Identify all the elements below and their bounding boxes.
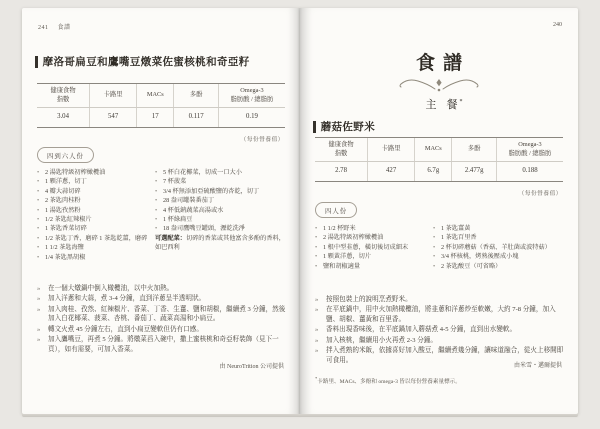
list-item-text: 香料出現香味後，在平底鍋加入蘑菇煮 4-5 分鐘，直到出水變軟。 bbox=[326, 326, 516, 333]
instruction-step: »在一個大燉鍋中倒入橄欖油，以中火加熱。 bbox=[37, 284, 287, 294]
list-item-text: 1 1/2 茶匙海鹽 bbox=[45, 244, 84, 251]
ingredient-item: •1 顆黃洋蔥，切片 bbox=[315, 252, 433, 261]
nutrition-caption-right: （每份營養值） bbox=[519, 189, 562, 197]
optional-garnish-note: 可選配菜：切碎的香菜或其他富含多酚的香料，如巴西利 bbox=[155, 234, 287, 253]
list-item-text: 1 顆黃洋蔥，切片 bbox=[323, 253, 371, 260]
col-header-polyphenols: 多酚 bbox=[451, 138, 496, 161]
ingredients-right: •1 1/2 杯野米•2 湯匙特級初榨橄欖油•1 根中型韭蔥，橫切後切成細末•1… bbox=[315, 224, 565, 271]
col-header-macs: MACs bbox=[414, 138, 451, 161]
recipe-credit-left: 由 NeuroTrition 公司提供 bbox=[220, 361, 284, 370]
list-marker-icon: • bbox=[155, 215, 157, 224]
title-bar-icon bbox=[313, 121, 316, 133]
nutrition-header-row: 健康食物指數 卡路里 MACs 多酚 Omega-3脂肪酸 / 總脂肪 bbox=[315, 138, 563, 162]
section-title: 食譜 bbox=[300, 48, 578, 75]
ingredient-item: •1 茶匙薑黃 bbox=[433, 224, 565, 233]
list-marker-icon: » bbox=[315, 295, 317, 305]
list-marker-icon: • bbox=[37, 196, 39, 205]
optional-garnish-label: 可選配菜： bbox=[155, 235, 186, 242]
list-item-text: 1 根中型韭蔥，橫切後切成細末 bbox=[323, 244, 408, 251]
ingredient-item: •3/4 杯無添加亞硫酸鹽的杏乾，切丁 bbox=[155, 187, 287, 196]
list-item-text: 18 盎司鷹嘴豆罐頭，瀝乾洗淨 bbox=[163, 225, 245, 232]
running-chapter: 食譜 bbox=[58, 25, 71, 31]
list-item-text: 1/4 茶匙黑胡椒 bbox=[45, 254, 85, 261]
instruction-step: »加入核桃，繼續用小火再煮 2-3 分鐘。 bbox=[315, 336, 565, 346]
ingredient-item: •2 茶匙酸豆（可省略） bbox=[433, 262, 565, 271]
page-number-left: 241 bbox=[38, 25, 49, 31]
ingredient-item: •2 湯匙特級初榨橄欖油 bbox=[37, 168, 155, 177]
ingredients-left: •2 湯匙特級初榨橄欖油•1 顆洋蔥，切丁•4 瓣大蒜切碎•2 茶匙肉桂粉•1 … bbox=[37, 168, 287, 262]
instruction-step: »加入洋蔥和大蒜，煮 3-4 分鐘，直到洋蔥呈半透明狀。 bbox=[37, 294, 287, 304]
list-marker-icon: » bbox=[37, 294, 39, 304]
section-subtitle: 主餐* bbox=[300, 96, 578, 112]
ingredient-item: •1/2 茶匙紅辣椒片 bbox=[37, 215, 155, 224]
list-item-text: 4 杯低鈉蔬菜高湯或水 bbox=[163, 207, 223, 214]
ingredients-column-1: •2 湯匙特級初榨橄欖油•1 顆洋蔥，切丁•4 瓣大蒜切碎•2 茶匙肉桂粉•1 … bbox=[37, 168, 155, 262]
page-number-right: 240 bbox=[553, 22, 562, 28]
list-marker-icon: • bbox=[433, 233, 435, 242]
instruction-step: »香料出現香味後，在平底鍋加入蘑菇煮 4-5 分鐘，直到出水變軟。 bbox=[315, 325, 565, 335]
recipe-title-right: 蘑菇佐野米 bbox=[313, 119, 375, 134]
list-item-text: 1/2 茶匙丁香，磨碎 1 茶匙乾薑，磨碎 bbox=[45, 235, 147, 242]
section-header: 食譜 主餐* bbox=[300, 48, 578, 112]
instruction-step: »在平底鍋中，用中火加熱橄欖油，將韭蔥和洋蔥炒至軟嫩，大約 7-8 分鐘，加入鹽… bbox=[315, 305, 565, 325]
list-marker-icon: • bbox=[433, 262, 435, 271]
list-marker-icon: • bbox=[37, 168, 39, 177]
list-marker-icon: » bbox=[37, 284, 39, 294]
ingredient-item: •1 茶匙香菜切碎 bbox=[37, 224, 155, 233]
nutrition-caption-left: （每份營養值） bbox=[241, 135, 284, 143]
page-right: 240 食譜 主餐* 蘑菇佐野米 健康食物指數 卡路里 bbox=[300, 8, 578, 414]
instruction-step: »按照包裝上的說明烹煮野米。 bbox=[315, 295, 565, 305]
list-item-text: 1 茶匙百里香 bbox=[441, 234, 477, 241]
value-polyphenols: 2.477g bbox=[451, 162, 496, 181]
list-item-text: 28 盎司罐裝番茄丁 bbox=[163, 197, 214, 204]
list-marker-icon: • bbox=[315, 233, 317, 242]
list-marker-icon: • bbox=[315, 224, 317, 233]
list-marker-icon: » bbox=[315, 346, 317, 356]
title-bar-icon bbox=[35, 56, 38, 68]
list-marker-icon: • bbox=[315, 243, 317, 252]
list-item-text: 按照包裝上的說明烹煮野米。 bbox=[326, 296, 412, 303]
list-item-text: 3/4 杯無添加亞硫酸鹽的杏乾，切丁 bbox=[163, 188, 259, 195]
servings-badge-left: 四到六人份 bbox=[37, 147, 94, 163]
ingredient-item: •1 杯綠扁豆 bbox=[155, 215, 287, 224]
value-calories: 427 bbox=[367, 162, 414, 181]
ingredient-item: •1/4 茶匙黑胡椒 bbox=[37, 253, 155, 262]
instructions-right: »按照包裝上的說明烹煮野米。»在平底鍋中，用中火加熱橄欖油，將韭蔥和洋蔥炒至軟嫩… bbox=[315, 295, 565, 366]
list-marker-icon: » bbox=[37, 325, 39, 335]
col-header-omega3: Omega-3脂肪酸 / 總脂肪 bbox=[496, 138, 563, 161]
list-marker-icon: • bbox=[155, 196, 157, 205]
nutrition-value-row: 2.78 427 6.7g 2.477g 0.188 bbox=[315, 162, 563, 181]
list-item-text: 4 瓣大蒜切碎 bbox=[45, 188, 81, 195]
col-header-omega3: Omega-3脂肪酸 / 總脂肪 bbox=[218, 84, 285, 107]
list-item-text: 7 杯菠菜 bbox=[163, 178, 186, 185]
value-omega3: 0.19 bbox=[218, 108, 285, 127]
list-item-text: 在平底鍋中，用中火加熱橄欖油，將韭蔥和洋蔥炒至軟嫩，大約 7-8 分鐘，加入鹽、… bbox=[326, 306, 556, 323]
col-header-calories: 卡路里 bbox=[89, 84, 136, 107]
list-item-text: 加入核桃，繼續用小火再煮 2-3 分鐘。 bbox=[326, 337, 437, 344]
list-marker-icon: • bbox=[433, 252, 435, 261]
list-marker-icon: • bbox=[155, 168, 157, 177]
col-header-polyphenols: 多酚 bbox=[173, 84, 218, 107]
value-macs: 17 bbox=[136, 108, 173, 127]
ingredient-item: •18 盎司鷹嘴豆罐頭，瀝乾洗淨 bbox=[155, 224, 287, 233]
list-marker-icon: • bbox=[37, 253, 39, 262]
col-header-calories: 卡路里 bbox=[367, 138, 414, 161]
nutrition-footnote: *卡路里、MACs、多酚和 omega-3 皆以每份營養素量標示。 bbox=[315, 376, 461, 385]
list-item-text: 5 杯白花椰菜，切成一口大小 bbox=[163, 169, 242, 176]
ingredient-item: •2 杯切碎蘑菇（香菇、羊肚菌或波特菇） bbox=[433, 243, 565, 252]
list-item-text: 1 茶匙香菜切碎 bbox=[45, 225, 87, 232]
value-polyphenols: 0.117 bbox=[173, 108, 218, 127]
ingredient-item: •3/4 杯核桃，烤熟後壓成小塊 bbox=[433, 252, 565, 261]
ingredient-item: •2 湯匙特級初榨橄欖油 bbox=[315, 233, 433, 242]
list-marker-icon: • bbox=[315, 252, 317, 261]
ingredient-item: •7 杯菠菜 bbox=[155, 177, 287, 186]
ingredient-item: •鹽和胡椒適量 bbox=[315, 262, 433, 271]
list-item-text: 2 杯切碎蘑菇（香菇、羊肚菌或波特菇） bbox=[441, 244, 551, 251]
servings-text-left: 四到六人份 bbox=[47, 153, 84, 160]
list-marker-icon: » bbox=[315, 336, 317, 346]
recipe-title-text-left: 摩洛哥扁豆和鷹嘴豆燉菜佐蜜核桃和奇亞籽 bbox=[43, 54, 250, 69]
col-header-macs: MACs bbox=[136, 84, 173, 107]
list-marker-icon: » bbox=[315, 325, 317, 335]
ingredient-item: •2 茶匙肉桂粉 bbox=[37, 196, 155, 205]
ingredient-item: •1 茶匙百里香 bbox=[433, 233, 565, 242]
list-item-text: 1 杯綠扁豆 bbox=[163, 216, 192, 223]
running-header-left: 241食譜 bbox=[38, 22, 71, 31]
list-item-text: 加入鷹嘴豆，再煮 5 分鐘。將燉菜舀入碗中，撒上蜜核桃和奇亞籽裝飾（見下一頁），… bbox=[48, 336, 279, 353]
book-spread: 241食譜 摩洛哥扁豆和鷹嘴豆燉菜佐蜜核桃和奇亞籽 健康食物指數 卡路里 MAC… bbox=[0, 0, 600, 429]
ingredient-item: •1 1/2 杯野米 bbox=[315, 224, 433, 233]
ingredients-column-2: •1 茶匙薑黃•1 茶匙百里香•2 杯切碎蘑菇（香菇、羊肚菌或波特菇）•3/4 … bbox=[433, 224, 565, 271]
recipe-credit-right: 由米雪・邁爾提供 bbox=[514, 360, 562, 369]
list-marker-icon: » bbox=[37, 335, 39, 345]
servings-text-right: 四人份 bbox=[325, 208, 347, 215]
list-item-text: 2 茶匙肉桂粉 bbox=[45, 197, 81, 204]
list-marker-icon: » bbox=[315, 305, 317, 315]
footnote-text: 卡路里、MACs、多酚和 omega-3 皆以每份營養素量標示。 bbox=[317, 379, 461, 385]
col-header-hfi: 健康食物指數 bbox=[37, 84, 89, 107]
list-marker-icon: • bbox=[37, 206, 39, 215]
ingredient-item: •28 盎司罐裝番茄丁 bbox=[155, 196, 287, 205]
list-marker-icon: • bbox=[37, 177, 39, 186]
list-marker-icon: • bbox=[37, 243, 39, 252]
list-item-text: 1/2 茶匙紅辣椒片 bbox=[45, 216, 92, 223]
list-item-text: 在一個大燉鍋中倒入橄欖油，以中火加熱。 bbox=[48, 285, 173, 292]
value-omega3: 0.188 bbox=[496, 162, 563, 181]
list-item-text: 轉文火煮 45 分鐘左右，直到小扁豆變軟但仍有口感。 bbox=[48, 326, 203, 333]
ingredient-item: •1/2 茶匙丁香，磨碎 1 茶匙乾薑，磨碎 bbox=[37, 234, 155, 243]
ingredient-item: •1 湯匙孜然粉 bbox=[37, 206, 155, 215]
list-marker-icon: • bbox=[37, 224, 39, 233]
list-item-text: 2 湯匙特級初榨橄欖油 bbox=[323, 234, 383, 241]
col-header-hfi: 健康食物指數 bbox=[315, 138, 367, 161]
value-hfi: 2.78 bbox=[315, 162, 367, 181]
instruction-step: »加入鷹嘴豆，再煮 5 分鐘。將燉菜舀入碗中，撒上蜜核桃和奇亞籽裝飾（見下一頁）… bbox=[37, 335, 287, 355]
list-item-text: 2 茶匙酸豆（可省略） bbox=[441, 263, 501, 270]
nutrition-value-row: 3.04 547 17 0.117 0.19 bbox=[37, 108, 285, 127]
list-marker-icon: » bbox=[37, 305, 39, 315]
subtitle-asterisk: * bbox=[460, 99, 463, 105]
ingredient-item: •4 瓣大蒜切碎 bbox=[37, 187, 155, 196]
list-item-text: 3/4 杯核桃，烤熟後壓成小塊 bbox=[441, 253, 519, 260]
ingredients-column-2-list: •5 杯白花椰菜，切成一口大小•7 杯菠菜•3/4 杯無添加亞硫酸鹽的杏乾，切丁… bbox=[155, 168, 287, 234]
recipe-title-text-right: 蘑菇佐野米 bbox=[321, 119, 376, 134]
nutrition-header-row: 健康食物指數 卡路里 MACs 多酚 Omega-3脂肪酸 / 總脂肪 bbox=[37, 84, 285, 108]
list-marker-icon: • bbox=[37, 215, 39, 224]
instruction-step: »轉文火煮 45 分鐘左右，直到小扁豆變軟但仍有口感。 bbox=[37, 325, 287, 335]
ingredient-item: •1 根中型韭蔥，橫切後切成細末 bbox=[315, 243, 433, 252]
list-item-text: 1 顆洋蔥，切丁 bbox=[45, 178, 87, 185]
ingredient-item: •1 1/2 茶匙海鹽 bbox=[37, 243, 155, 252]
list-item-text: 1 1/2 杯野米 bbox=[323, 225, 356, 232]
list-item-text: 加入洋蔥和大蒜，煮 3-4 分鐘，直到洋蔥呈半透明狀。 bbox=[48, 295, 205, 302]
list-marker-icon: • bbox=[315, 262, 317, 271]
instruction-step: »加入肉桂、孜然、紅辣椒片、香菜、丁香、生薑、鹽和胡椒，繼續煮 3 分鐘，然後加… bbox=[37, 305, 287, 325]
value-macs: 6.7g bbox=[414, 162, 451, 181]
flourish-ornament-icon bbox=[397, 77, 481, 93]
list-item-text: 1 湯匙孜然粉 bbox=[45, 207, 81, 214]
value-hfi: 3.04 bbox=[37, 108, 89, 127]
list-marker-icon: • bbox=[433, 243, 435, 252]
nutrition-table-right: 健康食物指數 卡路里 MACs 多酚 Omega-3脂肪酸 / 總脂肪 2.78… bbox=[315, 137, 563, 182]
recipe-title-left: 摩洛哥扁豆和鷹嘴豆燉菜佐蜜核桃和奇亞籽 bbox=[35, 54, 250, 69]
list-marker-icon: • bbox=[155, 224, 157, 233]
page-left: 241食譜 摩洛哥扁豆和鷹嘴豆燉菜佐蜜核桃和奇亞籽 健康食物指數 卡路里 MAC… bbox=[22, 8, 300, 414]
value-calories: 547 bbox=[89, 108, 136, 127]
instructions-left: »在一個大燉鍋中倒入橄欖油，以中火加熱。»加入洋蔥和大蒜，煮 3-4 分鐘，直到… bbox=[37, 284, 287, 355]
list-item-text: 1 茶匙薑黃 bbox=[441, 225, 470, 232]
list-item-text: 加入肉桂、孜然、紅辣椒片、香菜、丁香、生薑、鹽和胡椒，繼續煮 3 分鐘，然後加入… bbox=[48, 306, 285, 323]
ingredient-item: •1 顆洋蔥，切丁 bbox=[37, 177, 155, 186]
ingredients-column-2: •5 杯白花椰菜，切成一口大小•7 杯菠菜•3/4 杯無添加亞硫酸鹽的杏乾，切丁… bbox=[155, 168, 287, 262]
list-marker-icon: • bbox=[433, 224, 435, 233]
list-item-text: 2 湯匙特級初榨橄欖油 bbox=[45, 169, 105, 176]
list-marker-icon: • bbox=[37, 234, 39, 243]
list-marker-icon: • bbox=[155, 177, 157, 186]
page-stack-edge bbox=[22, 414, 578, 417]
ingredient-item: •5 杯白花椰菜，切成一口大小 bbox=[155, 168, 287, 177]
nutrition-table-left: 健康食物指數 卡路里 MACs 多酚 Omega-3脂肪酸 / 總脂肪 3.04… bbox=[37, 83, 285, 128]
list-item-text: 鹽和胡椒適量 bbox=[323, 263, 360, 270]
servings-badge-right: 四人份 bbox=[315, 202, 357, 218]
list-marker-icon: • bbox=[37, 187, 39, 196]
list-marker-icon: • bbox=[155, 206, 157, 215]
ingredients-column-1: •1 1/2 杯野米•2 湯匙特級初榨橄欖油•1 根中型韭蔥，橫切後切成細末•1… bbox=[315, 224, 433, 271]
list-marker-icon: • bbox=[155, 187, 157, 196]
ingredient-item: •4 杯低鈉蔬菜高湯或水 bbox=[155, 206, 287, 215]
